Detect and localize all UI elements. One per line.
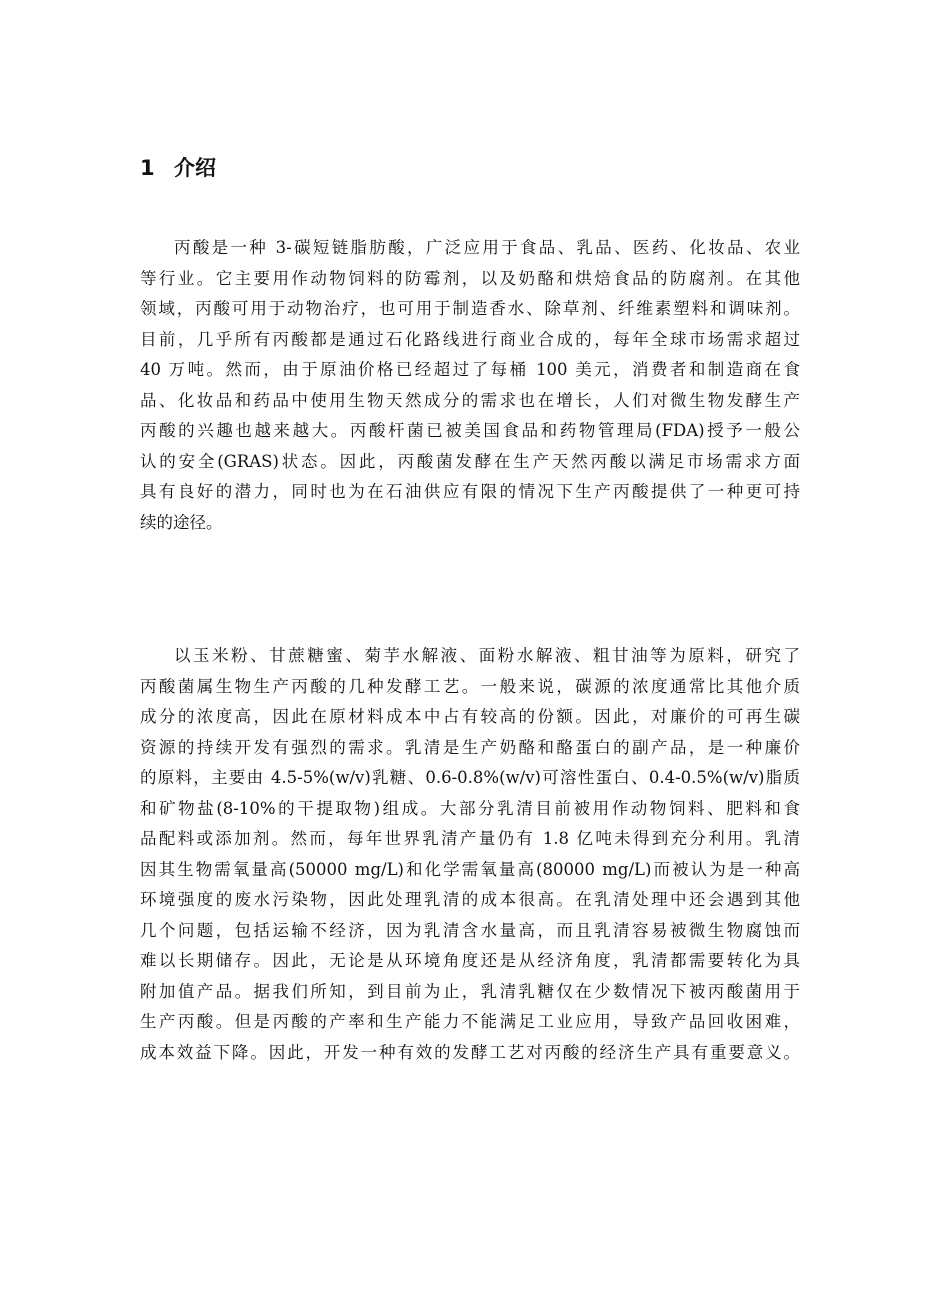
text-line: 等行业。它主要用作动物饲料的防霉剂，以及奶酪和烘焙食品的防腐剂。在其他 bbox=[140, 264, 800, 295]
text-line: 40 万吨。然而，由于原油价格已经超过了每桶 100 美元，消费者和制造商在食 bbox=[140, 355, 800, 386]
section-number: 1 bbox=[140, 152, 174, 184]
text-line: 附加值产品。据我们所知，到目前为止，乳清乳糖仅在少数情况下被丙酸菌用于 bbox=[140, 977, 800, 1008]
text-line: 具有良好的潜力，同时也为在石油供应有限的情况下生产丙酸提供了一种更可持 bbox=[140, 477, 800, 508]
document-page: 1介绍 丙酸是一种 3-碳短链脂肪酸，广泛应用于食品、乳品、医药、化妆品、农业 … bbox=[0, 0, 926, 1309]
text-line: 成分的浓度高，因此在原材料成本中占有较高的份额。因此，对廉价的可再生碳 bbox=[140, 702, 800, 733]
text-line: 丙酸菌属生物生产丙酸的几种发酵工艺。一般来说，碳源的浓度通常比其他介质 bbox=[140, 672, 800, 703]
text-line: 难以长期储存。因此，无论是从环境角度还是从经济角度，乳清都需要转化为具 bbox=[140, 946, 800, 977]
text-line: 生产丙酸。但是丙酸的产率和生产能力不能满足工业应用，导致产品回收困难， bbox=[140, 1007, 800, 1038]
text-line: 资源的持续开发有强烈的需求。乳清是生产奶酪和酪蛋白的副产品，是一种廉价 bbox=[140, 733, 800, 764]
text-line: 以玉米粉、甘蔗糖蜜、菊芋水解液、面粉水解液、粗甘油等为原料，研究了 bbox=[140, 641, 800, 672]
text-line: 因其生物需氧量高(50000 mg/L)和化学需氧量高(80000 mg/L)而… bbox=[140, 855, 800, 886]
text-line: 品、化妆品和药品中使用生物天然成分的需求也在增长，人们对微生物发酵生产 bbox=[140, 386, 800, 417]
text-line: 和矿物盐(8-10%的干提取物)组成。大部分乳清目前被用作动物饲料、肥料和食 bbox=[140, 794, 800, 825]
paragraph-whey-fermentation: 以玉米粉、甘蔗糖蜜、菊芋水解液、面粉水解液、粗甘油等为原料，研究了 丙酸菌属生物… bbox=[140, 641, 800, 1068]
text-line: 领域，丙酸可用于动物治疗，也可用于制造香水、除草剂、纤维素塑料和调味剂。 bbox=[140, 294, 800, 325]
paragraph-propionic-acid-intro: 丙酸是一种 3-碳短链脂肪酸，广泛应用于食品、乳品、医药、化妆品、农业 等行业。… bbox=[140, 233, 800, 538]
text-line: 品配料或添加剂。然而，每年世界乳清产量仍有 1.8 亿吨未得到充分利用。乳清 bbox=[140, 824, 800, 855]
text-line: 丙酸是一种 3-碳短链脂肪酸，广泛应用于食品、乳品、医药、化妆品、农业 bbox=[140, 233, 800, 264]
section-heading: 1介绍 bbox=[140, 152, 216, 184]
text-line: 几个问题，包括运输不经济，因为乳清含水量高，而且乳清容易被微生物腐蚀而 bbox=[140, 916, 800, 947]
text-line: 成本效益下降。因此，开发一种有效的发酵工艺对丙酸的经济生产具有重要意义。 bbox=[140, 1038, 800, 1069]
text-line: 目前，几乎所有丙酸都是通过石化路线进行商业合成的，每年全球市场需求超过 bbox=[140, 325, 800, 356]
text-line: 的原料，主要由 4.5-5%(w/v)乳糖、0.6-0.8%(w/v)可溶性蛋白… bbox=[140, 763, 800, 794]
text-line: 环境强度的废水污染物，因此处理乳清的成本很高。在乳清处理中还会遇到其他 bbox=[140, 885, 800, 916]
text-line: 续的途径。 bbox=[140, 508, 800, 539]
text-line: 丙酸的兴趣也越来越大。丙酸杆菌已被美国食品和药物管理局(FDA)授予一般公 bbox=[140, 416, 800, 447]
text-line: 认的安全(GRAS)状态。因此，丙酸菌发酵在生产天然丙酸以满足市场需求方面 bbox=[140, 447, 800, 478]
section-title: 介绍 bbox=[174, 156, 216, 180]
